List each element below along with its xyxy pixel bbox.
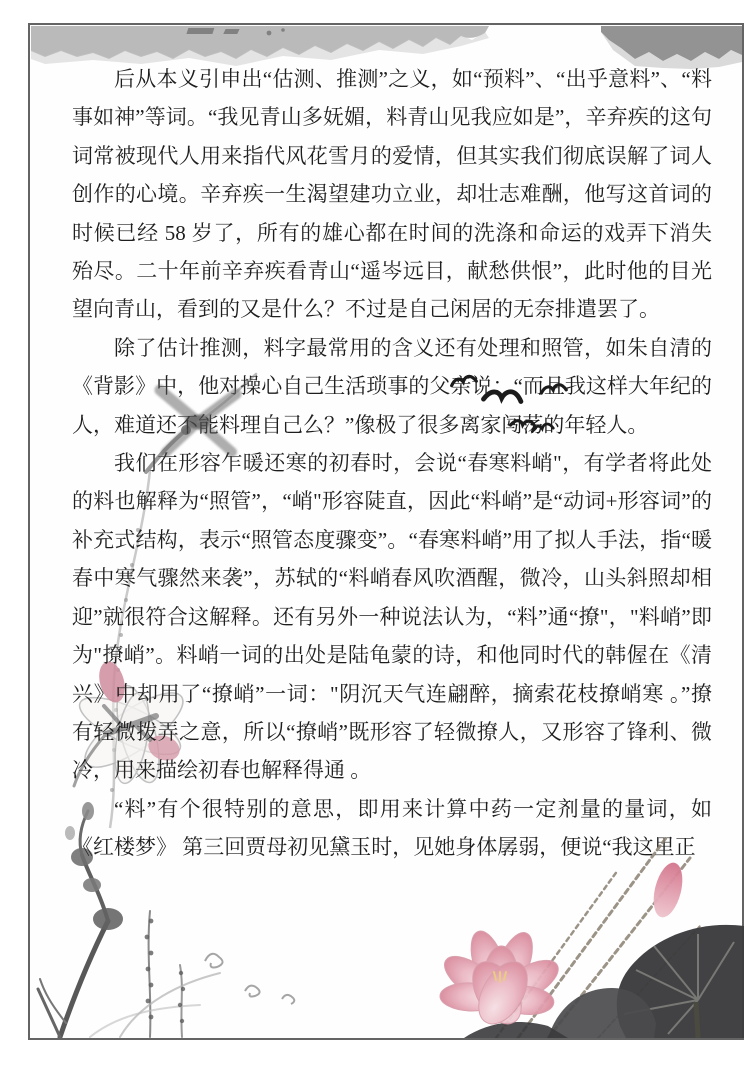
paragraph: “料”有个很特别的意思，即用来计算中药一定剂量的量词，如《红楼梦》 第三回贾母初…: [72, 790, 712, 867]
paragraph: 后从本义引申出“估测、推测”之义，如“预料”、“出乎意料”、“料事如神”等词。“…: [72, 60, 712, 329]
paragraph: 除了估计推测，料字最常用的含义还有处理和照管，如朱自清的《背影》中，他对操心自己…: [72, 329, 712, 444]
paragraph: 我们在形容乍暖还寒的初春时，会说“春寒料峭"，有学者将此处的料也解释为“照管”，…: [72, 444, 712, 790]
article-text: 后从本义引申出“估测、推测”之义，如“预料”、“出乎意料”、“料事如神”等词。“…: [72, 60, 712, 867]
